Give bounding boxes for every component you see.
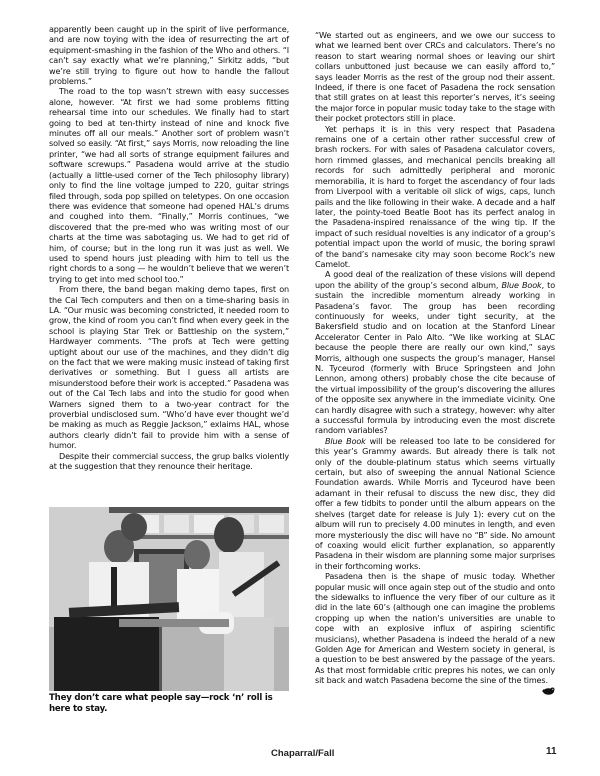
band-photo <box>49 507 289 691</box>
photo-caption: They don’t care what people say—rock ‘n’… <box>49 693 289 715</box>
paragraph-text: , to sustain the incredible momentum alr… <box>315 280 555 436</box>
paragraph: A good deal of the realization of these … <box>315 269 555 436</box>
album-title: Blue Book <box>325 436 366 446</box>
paragraph: apparently been caught up in the spirit … <box>49 24 289 86</box>
paragraph: “We started out as engineers, and we owe… <box>315 30 555 124</box>
paragraph-text: Pasadena then is the shape of music toda… <box>315 571 555 685</box>
paragraph: The road to the top wasn’t strewn with e… <box>49 86 289 284</box>
paragraph: From there, the band began making demo t… <box>49 284 289 451</box>
paragraph: Despite their commercial success, the gr… <box>49 451 289 472</box>
publication-footer: Chaparral/Fall <box>271 748 334 759</box>
paragraph: Blue Book will be released too late to b… <box>315 436 555 571</box>
page-number: 11 <box>546 746 557 757</box>
paragraph-text: will be released too late to be consider… <box>315 436 555 571</box>
paragraph: Pasadena then is the shape of music toda… <box>315 571 555 685</box>
article-left-column: apparently been caught up in the spirit … <box>49 24 289 471</box>
band-photo-image <box>49 507 289 691</box>
album-title: Blue Book <box>502 280 542 290</box>
paragraph: Yet perhaps it is in this very respect t… <box>315 124 555 270</box>
chaparral-bird-end-mark-icon <box>542 687 555 695</box>
article-right-column: “We started out as engineers, and we owe… <box>315 30 555 695</box>
